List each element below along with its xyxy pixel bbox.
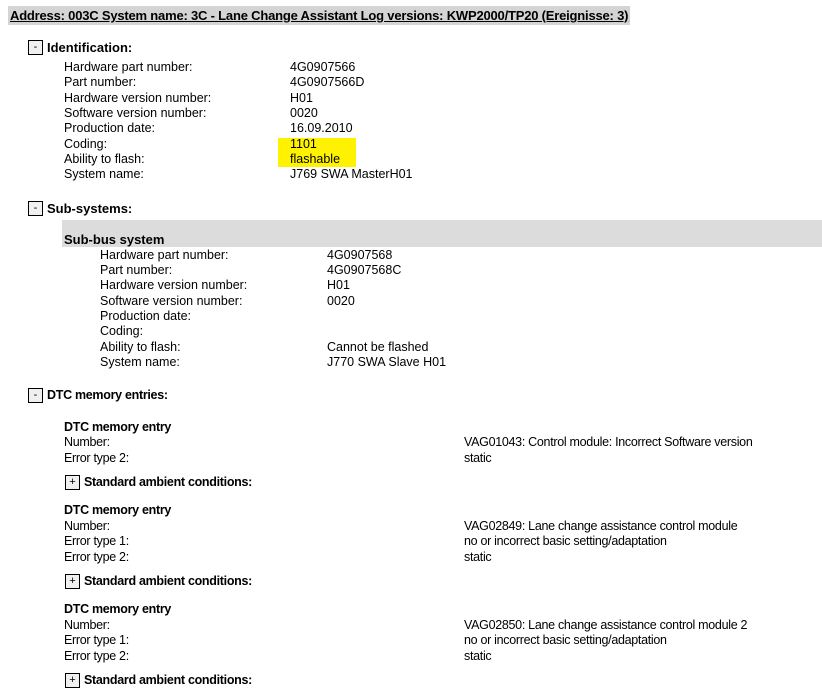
ambient-conditions-title: Standard ambient conditions: xyxy=(84,475,252,490)
dtc-label-error-type-1: Error type 1: xyxy=(64,633,129,648)
sub-label-sw-version: Software version number: xyxy=(100,294,242,309)
dtc-title: DTC memory entries: xyxy=(47,388,168,403)
sub-label-coding: Coding: xyxy=(100,324,143,339)
module-header: Address: 003C System name: 3C - Lane Cha… xyxy=(8,6,630,25)
dtc-label-number: Number: xyxy=(64,519,110,534)
subsystems-title: Sub-systems: xyxy=(47,201,132,216)
ambient-expand-toggle[interactable]: + xyxy=(65,475,80,490)
id-label-flash: Ability to flash: xyxy=(64,152,145,167)
sub-value-hw-version: H01 xyxy=(327,278,350,293)
sub-label-part: Part number: xyxy=(100,263,172,278)
id-label-system-name: System name: xyxy=(64,167,144,182)
id-label-sw-version: Software version number: xyxy=(64,106,206,121)
id-label-coding: Coding: xyxy=(64,137,107,152)
dtc-collapse-toggle[interactable]: - xyxy=(28,388,43,403)
sub-label-hw-version: Hardware version number: xyxy=(100,278,247,293)
sub-label-system-name: System name: xyxy=(100,355,180,370)
ambient-expand-toggle[interactable]: + xyxy=(65,574,80,589)
dtc-label-number: Number: xyxy=(64,435,110,450)
dtc-value-error-type-1: no or incorrect basic setting/adaptation xyxy=(464,633,667,648)
id-label-part: Part number: xyxy=(64,75,136,90)
ambient-conditions-title: Standard ambient conditions: xyxy=(84,673,252,688)
sub-value-part: 4G0907568C xyxy=(327,263,401,278)
id-value-part: 4G0907566D xyxy=(290,75,364,90)
id-label-hw-part: Hardware part number: xyxy=(64,60,193,75)
sub-label-flash: Ability to flash: xyxy=(100,340,181,355)
dtc-value-error-type-2: static xyxy=(464,451,491,466)
sub-value-hw-part: 4G0907568 xyxy=(327,248,392,263)
dtc-entry-title: DTC memory entry xyxy=(64,602,171,617)
dtc-label-error-type-2: Error type 2: xyxy=(64,649,129,664)
sub-label-hw-part: Hardware part number: xyxy=(100,248,229,263)
id-value-sw-version: 0020 xyxy=(290,106,318,121)
dtc-value-error-type-2: static xyxy=(464,550,491,565)
dtc-value-number: VAG02850: Lane change assistance control… xyxy=(464,618,747,633)
id-value-coding: 1101 xyxy=(290,137,317,152)
sub-value-flash: Cannot be flashed xyxy=(327,340,428,355)
identification-title: Identification: xyxy=(47,40,132,55)
subsystems-collapse-toggle[interactable]: - xyxy=(28,201,43,216)
dtc-label-error-type-2: Error type 2: xyxy=(64,451,129,466)
id-value-hw-part: 4G0907566 xyxy=(290,60,355,75)
id-value-production-date: 16.09.2010 xyxy=(290,121,353,136)
dtc-label-error-type-1: Error type 1: xyxy=(64,534,129,549)
id-label-hw-version: Hardware version number: xyxy=(64,91,211,106)
dtc-value-error-type-1: no or incorrect basic setting/adaptation xyxy=(464,534,667,549)
id-label-production-date: Production date: xyxy=(64,121,155,136)
subbus-title: Sub-bus system xyxy=(64,232,164,247)
ambient-expand-toggle[interactable]: + xyxy=(65,673,80,688)
id-value-hw-version: H01 xyxy=(290,91,313,106)
dtc-label-number: Number: xyxy=(64,618,110,633)
dtc-entry-title: DTC memory entry xyxy=(64,420,171,435)
dtc-value-number: VAG02849: Lane change assistance control… xyxy=(464,519,737,534)
sub-value-sw-version: 0020 xyxy=(327,294,355,309)
dtc-entry-title: DTC memory entry xyxy=(64,503,171,518)
dtc-value-number: VAG01043: Control module: Incorrect Soft… xyxy=(464,435,752,450)
subbus-header-bar xyxy=(62,220,822,247)
dtc-value-error-type-2: static xyxy=(464,649,491,664)
ambient-conditions-title: Standard ambient conditions: xyxy=(84,574,252,589)
id-value-system-name: J769 SWA MasterH01 xyxy=(290,167,413,182)
id-value-flash: flashable xyxy=(290,152,340,167)
identification-collapse-toggle[interactable]: - xyxy=(28,40,43,55)
sub-value-system-name: J770 SWA Slave H01 xyxy=(327,355,446,370)
sub-label-production-date: Production date: xyxy=(100,309,191,324)
dtc-label-error-type-2: Error type 2: xyxy=(64,550,129,565)
